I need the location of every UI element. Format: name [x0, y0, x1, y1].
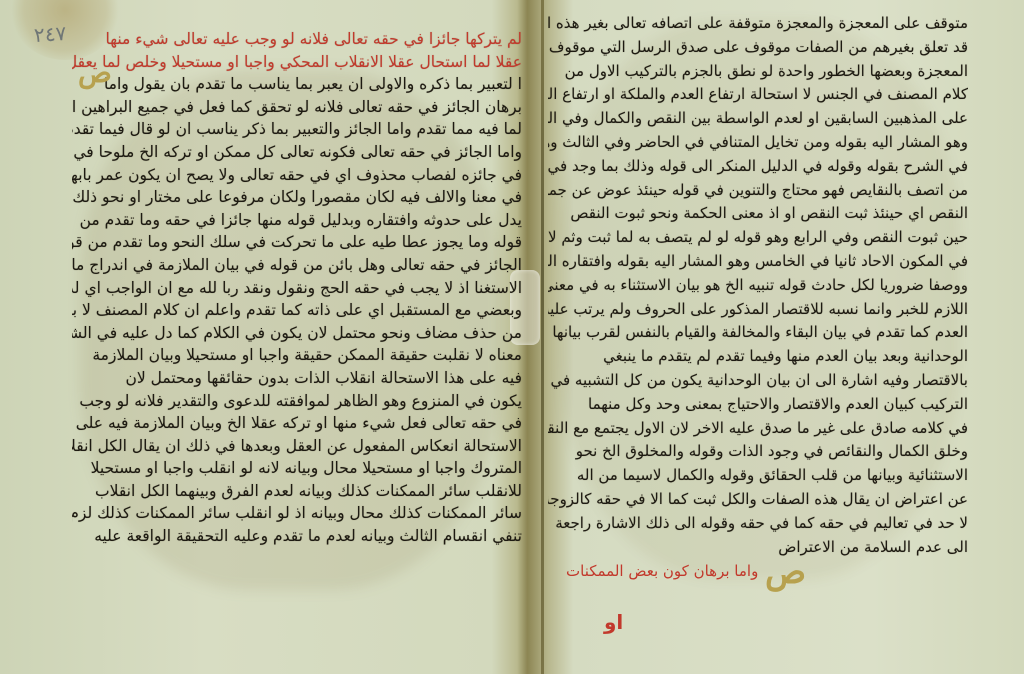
catchword: او [604, 610, 623, 634]
text-line: يكون في المنزوع وهو الظاهر لموافقته للدع… [72, 390, 522, 413]
text-line: وخلق الكمال والنقائص في وجود الذات وقوله… [548, 440, 968, 464]
text-line: تنفي انقسام الثالث وبيانه لعدم ما تقدم و… [72, 525, 522, 548]
text-line: ووصفا ضروريا لكل حادث قوله تنبيه الخ هو … [548, 274, 968, 298]
text-line: في حقه تعالى فعل شيء منها او تركه عقلا ا… [72, 412, 522, 435]
text-line: عن اعتراض ان يقال هذه الصفات والكل ثبت ك… [548, 488, 968, 512]
text-line: قوله وما يجوز عطا طيه على ما تحركت في سل… [72, 231, 522, 254]
text-line: لا حد في تعاليم في حقه كما في حقه وقوله … [548, 512, 968, 536]
text-line: المعجزة وبعضها الخطور واحدة لو نطق بالجز… [548, 60, 968, 84]
text-line: المتروك واجبا او مستحيلا محال وبيانه لان… [72, 457, 522, 480]
text-line: يدل على حدوثه وافتقاره وبدليل قوله منها … [72, 209, 522, 232]
right-page: متوقف على المعجزة والمعجزة متوقفة على ات… [548, 12, 968, 559]
text-line: بالاقتصار وفيه اشارة الى ان بيان الوحدان… [548, 369, 968, 393]
red-rubric-line: واما برهان كون بعض الممكنات [566, 562, 758, 580]
text-line: العدم كما تقدم في بيان البقاء والمخالفة … [548, 321, 968, 345]
text-line: سائر الممكنات كذلك محال وبيانه اذ لو انق… [72, 502, 522, 525]
text-line: الوحدانية وبعد بيان العدم منها وفيما تقد… [548, 345, 968, 369]
text-line: في جائزه لفصاب محذوف اي في حقه تعالى ولا… [72, 164, 522, 187]
text-line: ا لتعبير بما ذكره والاولى ان يعبر بما ين… [72, 73, 522, 96]
text-line: في المكون الاحاد ثانيا في الخامس وهو الم… [548, 250, 968, 274]
marginal-sad-symbol: ص [78, 56, 112, 89]
text-line: فيه على هذا الاستحالة انقلاب الذات بدون … [72, 367, 522, 390]
text-line: لما فيه مما تقدم واما الجائز والتعبير بم… [72, 118, 522, 141]
marginal-sad-symbol: ص [765, 552, 806, 592]
text-line: الاستحالة انعكاس المفعول عن العقل وبعدها… [72, 435, 522, 458]
text-line: من اتصف بالنقايص فهو محتاج والتنوين في ق… [548, 179, 968, 203]
text-line: قد تعلق بغيرهم من الصفات موقوف على صدق ا… [548, 36, 968, 60]
text-line: معناه لا نقلبت حقيقة الممكن حقيقة واجبا … [72, 344, 522, 367]
text-line: برهان الجائز في حقه تعالى فلانه لو تحقق … [72, 96, 522, 119]
text-line: الاستغنا اذ لا يجب في حقه الحج ونقول ونق… [72, 277, 522, 300]
gutter-binding [541, 0, 544, 674]
red-header-line: عقلا لما استحال عقلا الانقلاب المحكي واج… [72, 51, 522, 74]
text-line: في معنا والالف فيه لكان مقصورا ولكان مرف… [72, 186, 522, 209]
text-line: من حذف مضاف ونحو محتمل لان يكون في الكلا… [72, 322, 522, 345]
text-line: متوقف على المعجزة والمعجزة متوقفة على ات… [548, 12, 968, 36]
text-line: التركيب كبيان العدم والاقتصار والاحتياج … [548, 393, 968, 417]
text-line: الى عدم السلامة من الاعتراض [548, 536, 968, 560]
text-line: وبعضي مع المستقبل اي على ذاته كما تقدم و… [72, 299, 522, 322]
text-line: للانقلب سائر الممكنات كذلك وبيانه لعدم ا… [72, 480, 522, 503]
red-header-line: لم يتركها جائزا في حقه تعالى فلانه لو وج… [72, 28, 522, 51]
left-page: لم يتركها جائزا في حقه تعالى فلانه لو وج… [72, 28, 522, 548]
text-line: كلام المصنف في الجنس لا استحالة ارتفاع ا… [548, 83, 968, 107]
text-line: اللازم للخبر وانما نسبه للاقتصار المذكور… [548, 298, 968, 322]
text-line: النقص اي حينئذ ثبت النقص او اذ معنى الحك… [548, 202, 968, 226]
text-line: على المذهبين السابقين او لعدم الواسطة بي… [548, 107, 968, 131]
text-line: في كلامه صادق على غير ما صدق عليه الاخر … [548, 417, 968, 441]
text-line: الجائز في حقه تعالى وهل بائن من قوله في … [72, 254, 522, 277]
text-line: واما الجائز في حقه تعالى فكونه تعالى كل … [72, 141, 522, 164]
text-line: حين ثبوت النقص وفي الرابع وهو قوله لو لم… [548, 226, 968, 250]
text-line: في الشرح بقوله وقوله في الدليل المنكر ال… [548, 155, 968, 179]
text-line: وهو المشار اليه بقوله ومن تخايل المتنافي… [548, 131, 968, 155]
text-line: الاستثنائية وبيانها من قلب الحقائق وقوله… [548, 464, 968, 488]
folio-number: ٢٤٧ [33, 21, 67, 47]
